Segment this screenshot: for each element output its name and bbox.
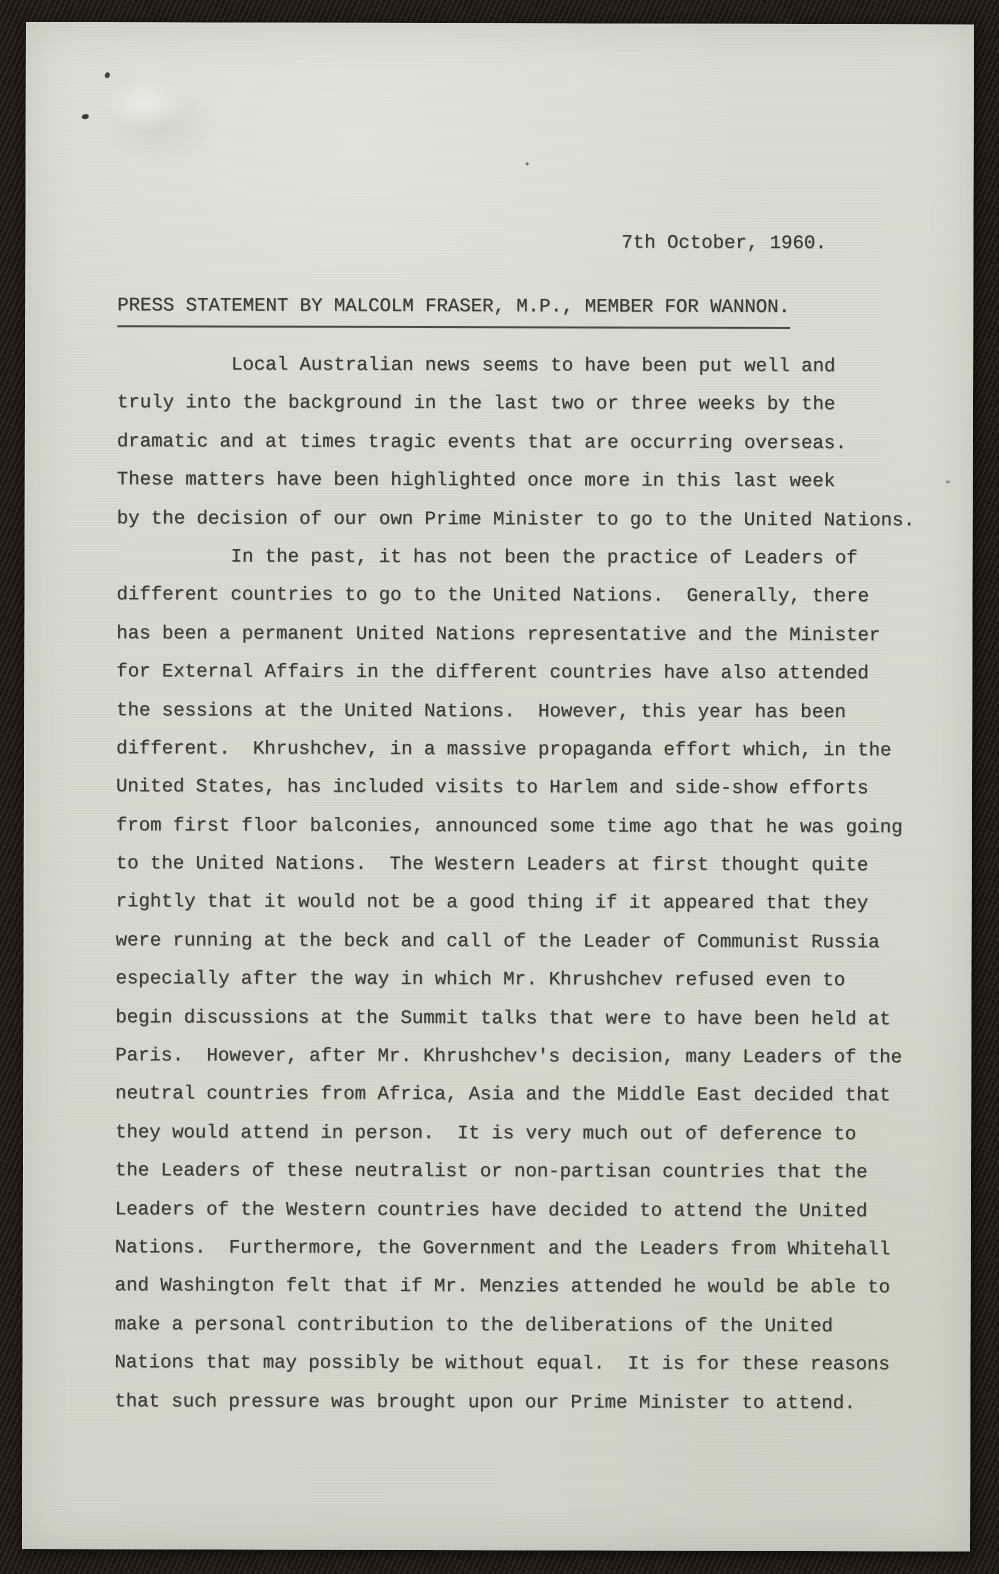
text-line: from first floor balconies, announced so… bbox=[116, 806, 952, 847]
text-line: for External Affairs in the different co… bbox=[116, 652, 952, 693]
text-line: that such pressure was brought upon our … bbox=[114, 1382, 950, 1423]
document-title: PRESS STATEMENT BY MALCOLM FRASER, M.P.,… bbox=[117, 286, 790, 329]
text-line: the sessions at the United Nations. Howe… bbox=[116, 691, 952, 732]
text-line: make a personal contribution to the deli… bbox=[115, 1305, 951, 1346]
paper-speck bbox=[526, 162, 529, 165]
text-line: by the decision of our own Prime Ministe… bbox=[117, 499, 953, 540]
text-line: United States, has included visits to Ha… bbox=[116, 768, 952, 809]
text-line: Paris. However, after Mr. Khrushchev's d… bbox=[115, 1036, 951, 1077]
text-line: has been a permanent United Nations repr… bbox=[116, 614, 952, 655]
text-line: especially after the way in which Mr. Kh… bbox=[115, 959, 951, 1000]
text-line: the Leaders of these neutralist or non-p… bbox=[115, 1151, 951, 1192]
document-page: 7th October, 1960. PRESS STATEMENT BY MA… bbox=[22, 22, 974, 1551]
scan-background: 7th October, 1960. PRESS STATEMENT BY MA… bbox=[0, 0, 999, 1574]
text-line: These matters have been highlighted once… bbox=[117, 460, 953, 501]
text-line: they would attend in person. It is very … bbox=[115, 1113, 951, 1154]
document-body: Local Australian news seems to have been… bbox=[114, 345, 953, 1422]
text-line: neutral countries from Africa, Asia and … bbox=[115, 1075, 951, 1116]
text-line: Local Australian news seems to have been… bbox=[117, 345, 953, 386]
text-line: In the past, it has not been the practic… bbox=[117, 537, 953, 578]
text-line: Nations. Furthermore, the Government and… bbox=[115, 1228, 951, 1269]
document-date: 7th October, 1960. bbox=[621, 224, 826, 263]
text-line: to the United Nations. The Western Leade… bbox=[116, 844, 952, 885]
text-line: and Washington felt that if Mr. Menzies … bbox=[115, 1267, 951, 1308]
paper-smudge bbox=[78, 60, 228, 170]
text-line: begin discussions at the Summit talks th… bbox=[115, 998, 951, 1039]
text-line: rightly that it would not be a good thin… bbox=[116, 883, 952, 924]
text-line: Nations that may possibly be without equ… bbox=[114, 1343, 950, 1384]
text-line: different. Khrushchev, in a massive prop… bbox=[116, 729, 952, 770]
text-line: were running at the beck and call of the… bbox=[116, 921, 952, 962]
text-line: dramatic and at times tragic events that… bbox=[117, 422, 953, 463]
text-line: different countries to go to the United … bbox=[116, 576, 952, 617]
text-line: truly into the background in the last tw… bbox=[117, 384, 953, 425]
text-line: Leaders of the Western countries have de… bbox=[115, 1190, 951, 1231]
